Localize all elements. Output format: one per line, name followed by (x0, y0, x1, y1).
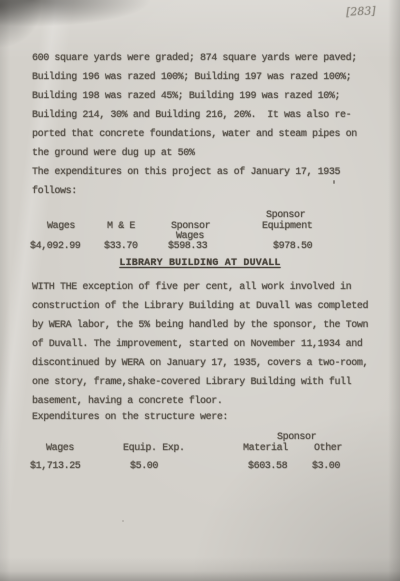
paragraph-line: by WERA labor, the 5% being handled by t… (32, 316, 368, 335)
amount-equip-exp: $5.00 (130, 461, 158, 472)
column-header-other: Other (314, 443, 342, 454)
column-header-equip-exp: Equip. Exp. (123, 443, 185, 454)
paragraph-line: ported that concrete foundations, water … (32, 125, 357, 144)
amount-wages: $4,092.99 (30, 241, 80, 252)
amount-sponsor-wages: $598.33 (168, 241, 207, 252)
column-header-equipment: Equipment (262, 221, 312, 232)
paragraph-expenditures-intro: The expenditures on this project as of J… (32, 163, 340, 201)
section-heading-library-building: LIBRARY BUILDING AT DUVALL (0, 258, 400, 269)
column-header-wages: Wages (46, 443, 74, 454)
amount-sponsor-equipment: $978.50 (273, 241, 312, 252)
column-header-m-and-e: M & E (107, 221, 135, 232)
amount-m-and-e: $33.70 (104, 241, 138, 252)
document-scan-page: [283] 600 square yards were graded; 874 … (0, 0, 400, 581)
amount-wages: $1,713.25 (30, 461, 80, 472)
expenditures-table-structure: Sponsor Wages Equip. Exp. Material Other… (30, 428, 375, 476)
paragraph-line: The expenditures on this project as of J… (32, 163, 340, 182)
paragraph-library-description: WITH THE exception of five per cent, all… (32, 278, 368, 411)
column-header-wages: Wages (47, 221, 75, 232)
paragraph-line: 600 square yards were graded; 874 square… (32, 49, 357, 68)
paragraph-line: Building 198 was razed 45%; Building 199… (32, 87, 357, 106)
ink-speck (333, 180, 335, 184)
paragraph-line: the ground were dug up at 50% (32, 144, 357, 163)
paragraph-line: one story, frame,shake-covered Library B… (32, 373, 368, 392)
column-header-material: Material (243, 443, 288, 454)
ink-speck (122, 520, 124, 522)
paragraph-line: of Duvall. The improvement, started on N… (32, 335, 368, 354)
paragraph-line: Building 214, 30% and Building 216, 20%.… (32, 106, 357, 125)
paragraph-line: follows: (32, 182, 340, 201)
amount-sponsor-other: $3.00 (312, 461, 340, 472)
paragraph-grading-report: 600 square yards were graded; 874 square… (32, 49, 357, 163)
paragraph-structure-expenditures: Expenditures on the structure were: (32, 408, 228, 427)
group-header-sponsor: Sponsor (277, 432, 316, 443)
paragraph-line: Building 196 was razed 100%; Building 19… (32, 68, 357, 87)
paragraph-line: construction of the Library Building at … (32, 297, 368, 316)
paragraph-line: discontinued by WERA on January 17, 1935… (32, 354, 368, 373)
paragraph-line: WITH THE exception of five per cent, all… (32, 278, 368, 297)
paragraph-line: Expenditures on the structure were: (32, 408, 228, 427)
expenditures-table-project: Wages $4,092.99 M & E $33.70 Sponsor Wag… (30, 204, 375, 256)
amount-sponsor-material: $603.58 (248, 461, 287, 472)
column-preheader-sponsor: Sponsor (266, 210, 305, 221)
page-number-annotation: [283] (346, 4, 376, 19)
